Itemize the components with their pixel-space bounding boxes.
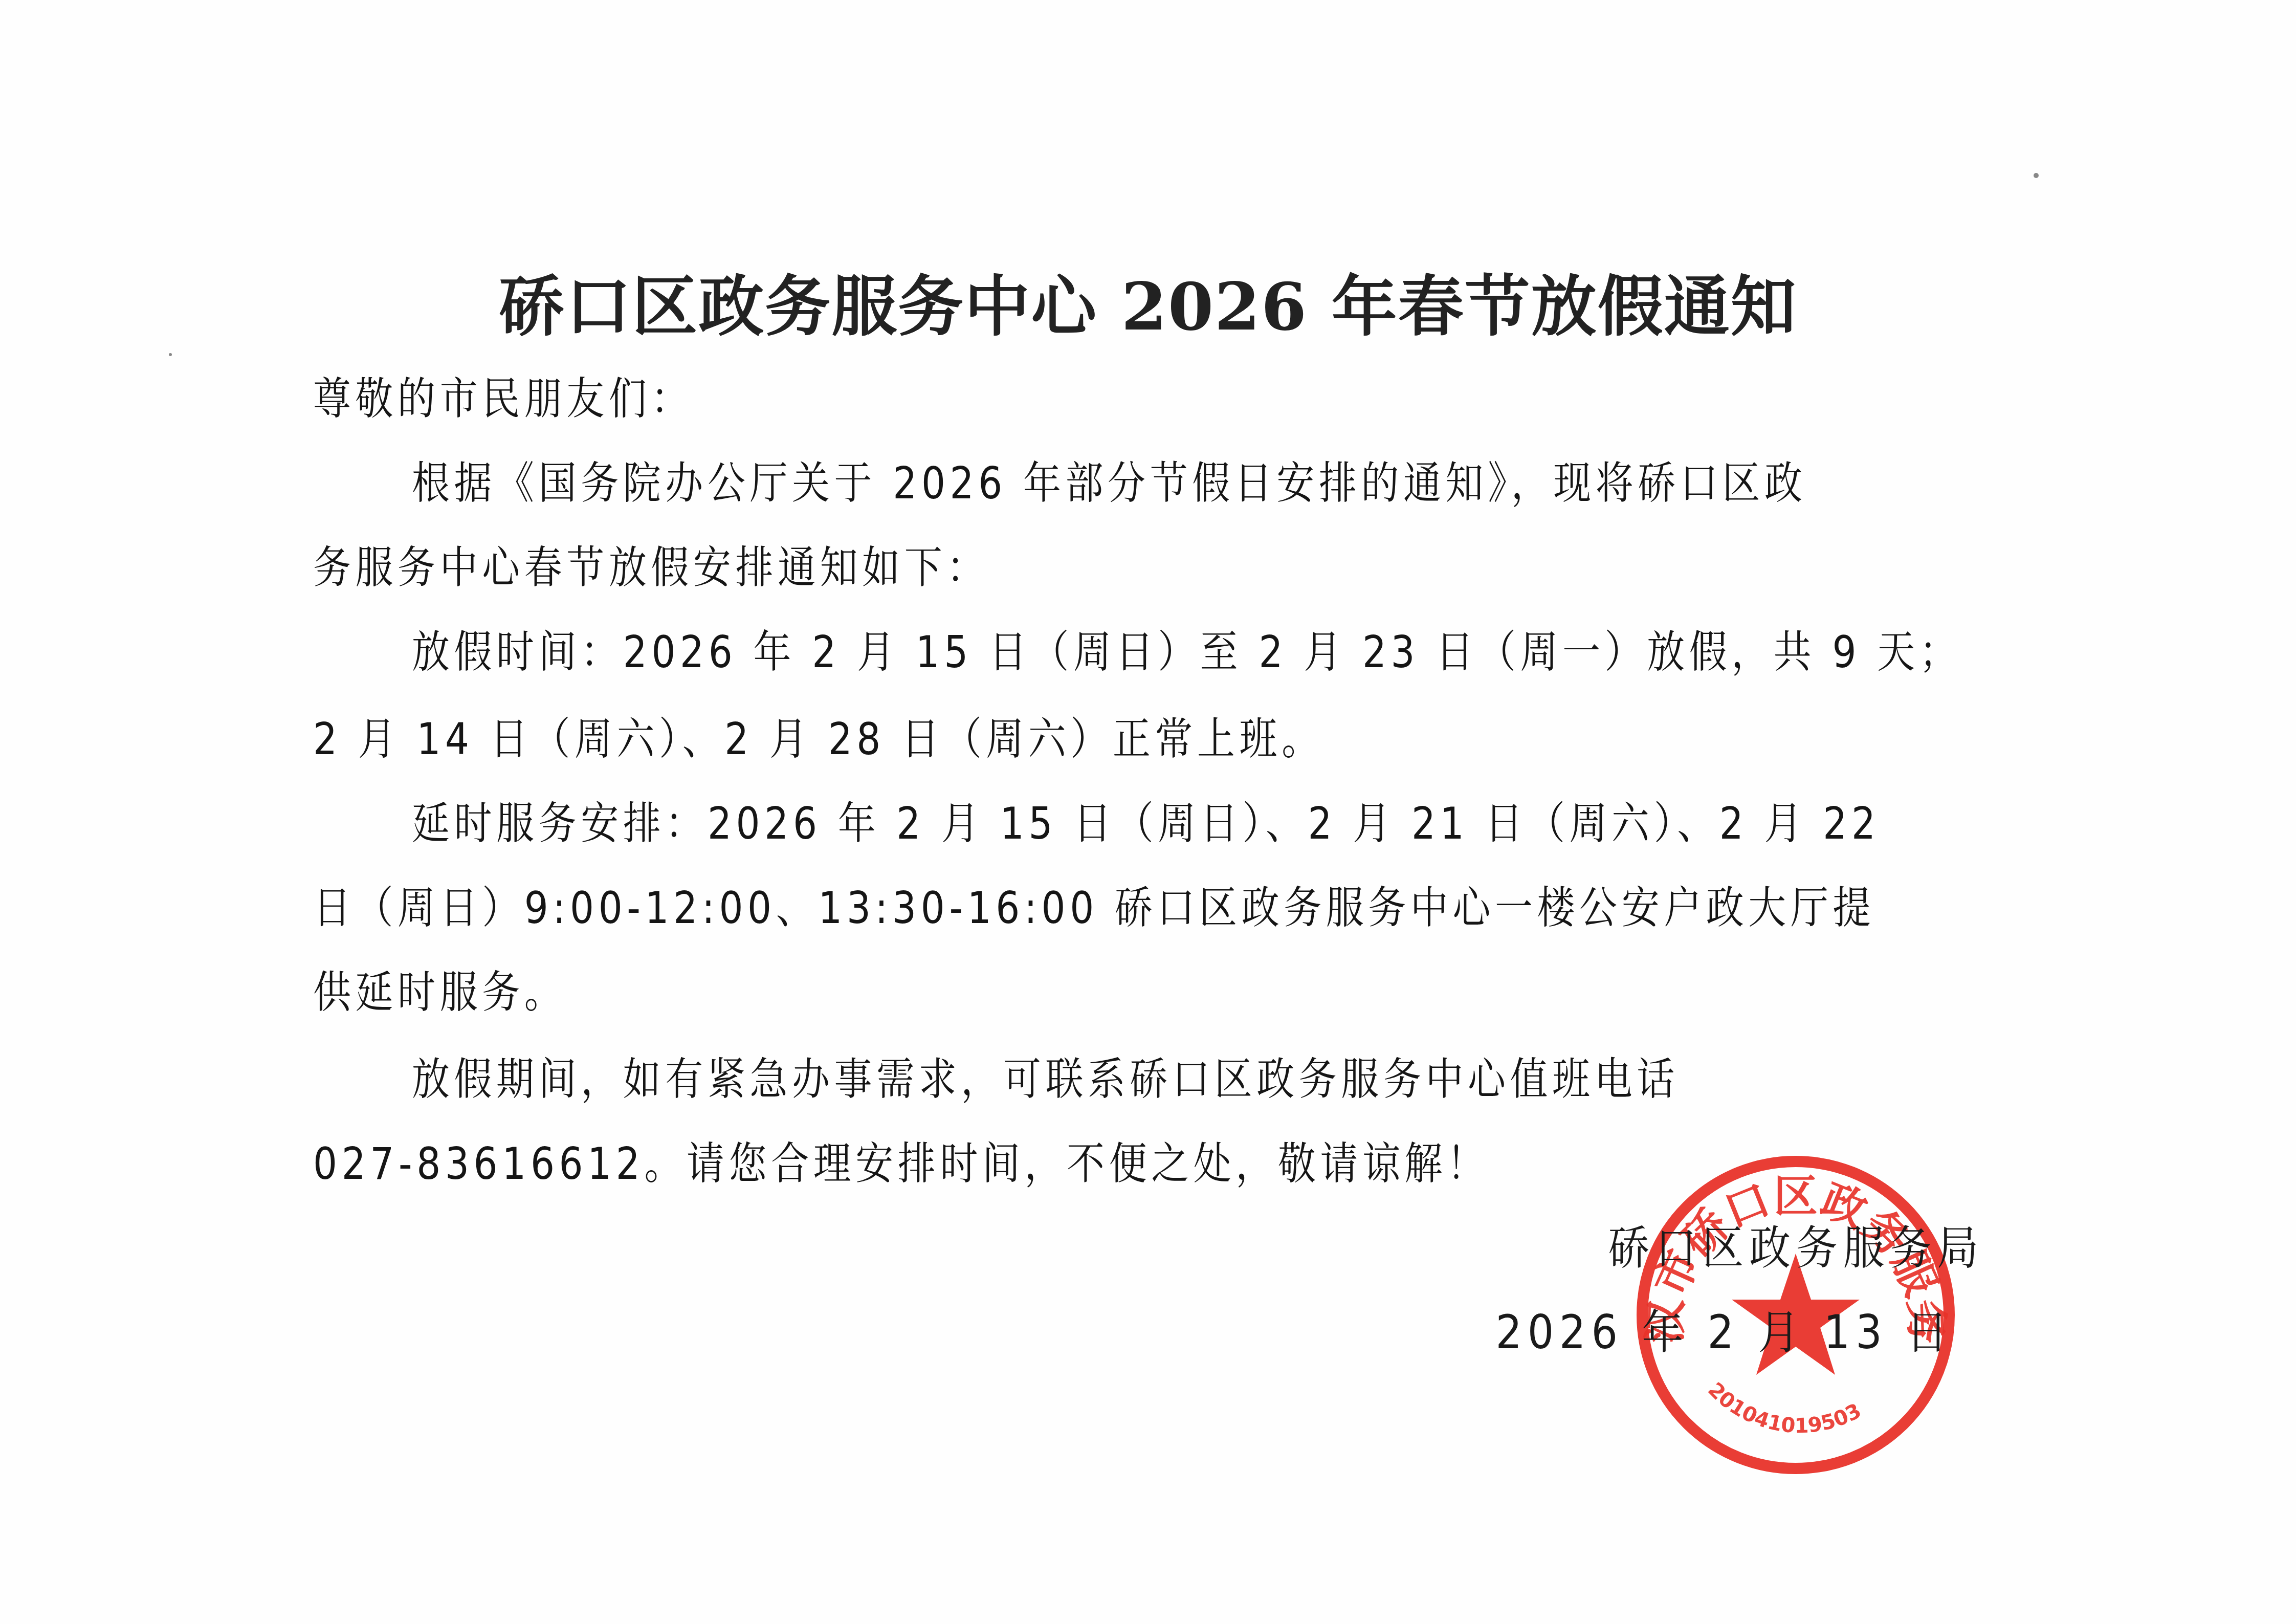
document-title: 硚口区政务服务中心 2026 年春节放假通知 <box>0 256 2296 358</box>
scan-speck <box>2034 173 2039 178</box>
paragraph-3-line-3: 供延时服务。 <box>313 962 1765 1023</box>
document-page: 硚口区政务服务中心 2026 年春节放假通知 尊敬的市民朋友们： 根据《国务院办… <box>0 0 2296 1624</box>
paragraph-1-line-2: 务服务中心春节放假安排通知如下： <box>313 537 1765 599</box>
salutation: 尊敬的市民朋友们： <box>313 368 1765 430</box>
paragraph-2-line-1: 放假时间：2026 年 2 月 15 日（周日）至 2 月 23 日（周一）放假… <box>412 622 1864 683</box>
paragraph-3-line-2: 日（周日）9:00-12:00、13:30-16:00 硚口区政务服务中心一楼公… <box>313 877 1765 939</box>
scan-speck <box>169 353 172 356</box>
paragraph-2-line-2: 2 月 14 日（周六）、2 月 28 日（周六）正常上班。 <box>313 709 1765 770</box>
signature-date: 2026 年 2 月 13 日 <box>1496 1302 1953 1364</box>
paragraph-4-line-1: 放假期间，如有紧急办事需求，可联系硚口区政务服务中心值班电话 <box>412 1049 1864 1110</box>
signature-org: 硚口区政务服务局 <box>1608 1218 1984 1279</box>
paragraph-4-line-2: 027-83616612。请您合理安排时间，不便之处，敬请谅解！ <box>313 1133 1765 1195</box>
paragraph-3-line-1: 延时服务安排：2026 年 2 月 15 日（周日）、2 月 21 日（周六）、… <box>412 793 1864 854</box>
paragraph-1-line-1: 根据《国务院办公厅关于 2026 年部分节假日安排的通知》，现将硚口区政 <box>412 453 1864 514</box>
